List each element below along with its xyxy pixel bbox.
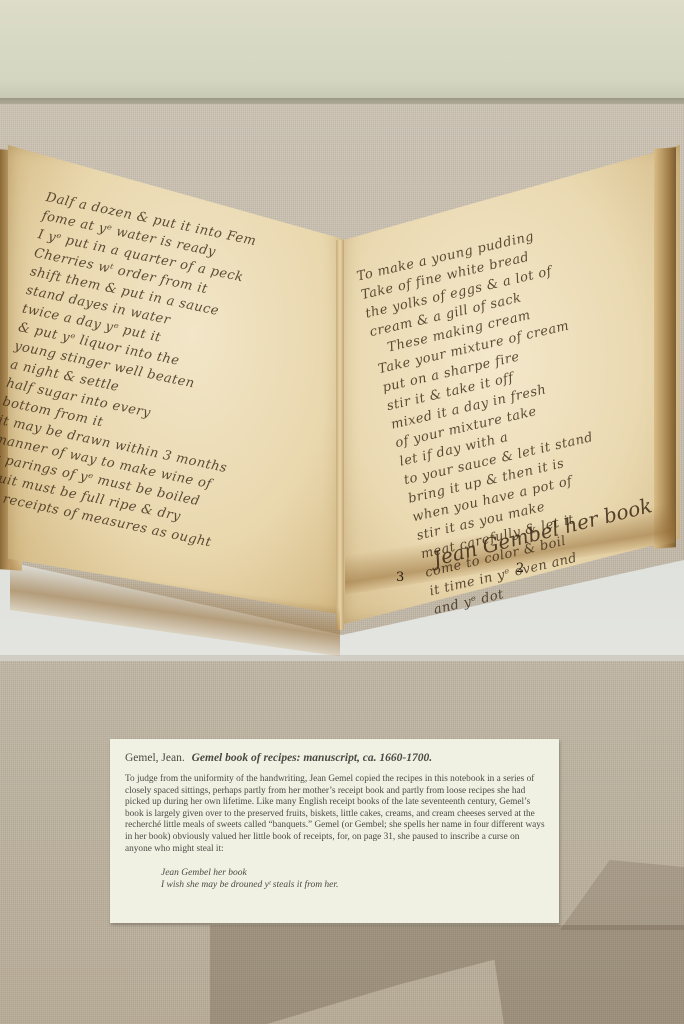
exhibit-label-card: Gemel, Jean. Gemel book of recipes: manu…	[110, 739, 559, 923]
label-heading: Gemel, Jean. Gemel book of recipes: manu…	[125, 752, 546, 764]
label-author: Gemel, Jean.	[125, 752, 185, 764]
page-number-right: 2	[516, 561, 524, 576]
label-title: Gemel book of recipes: manuscript, ca. 1…	[192, 752, 433, 764]
book-edge-right	[654, 147, 676, 549]
display-case-wall	[0, 0, 684, 100]
book-spine	[336, 240, 344, 630]
label-quote-line-1: Jean Gembel her book	[161, 867, 546, 879]
label-quote: Jean Gembel her book I wish she may be d…	[161, 867, 546, 891]
page-number-left: 3	[396, 570, 404, 585]
book-cradle-base	[0, 655, 684, 661]
label-quote-line-2: I wish she may be drouned yᵗ steals it f…	[161, 879, 546, 891]
label-description: To judge from the uniformity of the hand…	[125, 774, 546, 855]
